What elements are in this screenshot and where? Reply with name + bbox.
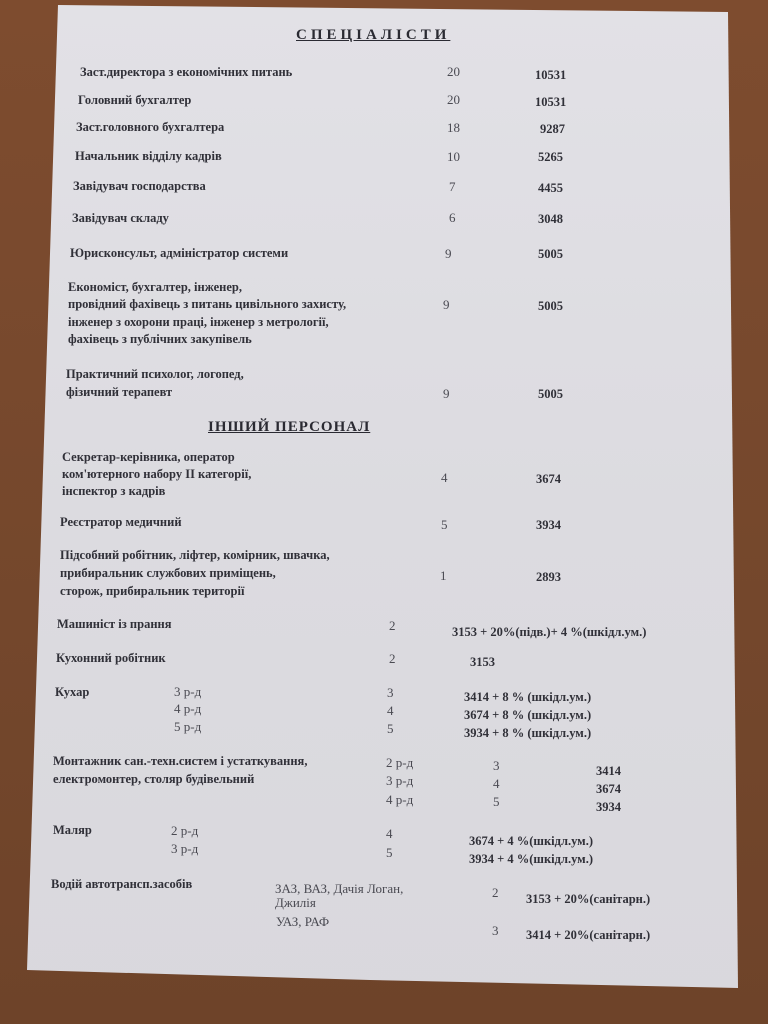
salary-value: 10531 <box>535 66 566 84</box>
position-label: Реєстратор медичний <box>60 513 182 531</box>
grade-value: 20 <box>447 63 460 81</box>
grade-value: 5 <box>386 844 393 862</box>
salary-value: 10531 <box>535 93 566 111</box>
vehicle-label: Джилія <box>275 894 316 912</box>
grade-value: 7 <box>449 178 456 196</box>
vehicle-label: УАЗ, РАФ <box>276 913 329 931</box>
position-label: Начальник відділу кадрів <box>75 147 222 165</box>
grade-value: 3 <box>493 757 500 775</box>
grade-value: 2 <box>389 650 396 668</box>
grade-value: 20 <box>447 91 460 109</box>
position-label: фізичний терапевт <box>66 383 172 401</box>
salary-value: 5265 <box>538 148 563 166</box>
salary-value: 5005 <box>538 297 563 315</box>
grade-value: 4 <box>386 825 393 843</box>
position-label: Головний бухгалтер <box>78 91 191 109</box>
salary-value: 3674 + 4 %(шкідл.ум.) <box>469 832 593 850</box>
grade-value: 18 <box>447 119 460 137</box>
rank-label: 4 р-д <box>174 700 201 718</box>
grade-value: 9 <box>443 296 450 314</box>
position-label: ком'ютерного набору ІІ категорії, <box>62 465 251 483</box>
salary-value: 3153 + 20%(санітарн.) <box>526 890 650 908</box>
document-page: СПЕЦІАЛІСТИ Заст.директора з економічних… <box>0 0 768 1024</box>
grade-value: 4 <box>387 702 394 720</box>
position-label: Практичний психолог, логопед, <box>66 365 244 383</box>
grade-value: 5 <box>387 720 394 738</box>
grade-value: 3 <box>387 684 394 702</box>
grade-value: 10 <box>447 148 460 166</box>
position-label: Заст.головного бухгалтера <box>76 118 224 136</box>
salary-value: 5005 <box>538 385 563 403</box>
salary-value: 3934 + 8 % (шкідл.ум.) <box>464 724 591 742</box>
grade-value: 2 <box>389 617 396 635</box>
position-label: Машиніст із прання <box>57 615 171 633</box>
position-label: фахівець з публічних закупівель <box>68 330 252 348</box>
salary-value: 3674 <box>536 470 561 488</box>
salary-value: 9287 <box>540 120 565 138</box>
position-label: прибиральник службових приміщень, <box>60 564 276 582</box>
position-label: Секретар-керівника, оператор <box>62 448 235 466</box>
rank-label: 5 р-д <box>174 718 201 736</box>
grade-value: 6 <box>449 209 456 227</box>
grade-value: 4 <box>441 469 448 487</box>
rank-label: 2 р-д <box>386 754 413 772</box>
grade-value: 2 <box>492 884 499 902</box>
position-label: Юрисконсульт, адміністратор системи <box>70 244 288 262</box>
rank-label: 3 р-д <box>174 683 201 701</box>
salary-value: 3674 <box>596 780 621 798</box>
salary-value: 4455 <box>538 179 563 197</box>
position-label: сторож, прибиральник території <box>60 582 244 600</box>
salary-value: 5005 <box>538 245 563 263</box>
grade-value: 5 <box>441 516 448 534</box>
position-label: Водій автотрансп.засобів <box>51 875 192 893</box>
position-label: Підсобний робітник, ліфтер, комірник, шв… <box>60 546 330 564</box>
salary-value: 3414 + 8 % (шкідл.ум.) <box>464 688 591 706</box>
rank-label: 4 р-д <box>386 791 413 809</box>
position-label: Маляр <box>53 821 92 839</box>
rank-label: 3 р-д <box>171 840 198 858</box>
section-title-specialists: СПЕЦІАЛІСТИ <box>296 27 450 44</box>
salary-value: 3414 <box>596 762 621 780</box>
grade-value: 3 <box>492 922 499 940</box>
salary-value: 3934 <box>596 798 621 816</box>
position-label: інспектор з кадрів <box>62 482 165 500</box>
position-label: Монтажник сан.-техн.систем і устаткуванн… <box>53 752 307 770</box>
position-label: Економіст, бухгалтер, інженер, <box>68 278 242 296</box>
salary-value: 3048 <box>538 210 563 228</box>
salary-value: 2893 <box>536 568 561 586</box>
position-label: Кухар <box>55 683 89 701</box>
grade-value: 9 <box>445 245 452 263</box>
rank-label: 3 р-д <box>386 772 413 790</box>
salary-value: 3414 + 20%(санітарн.) <box>526 926 650 944</box>
section-title-other-staff: ІНШИЙ ПЕРСОНАЛ <box>208 419 370 436</box>
grade-value: 4 <box>493 775 500 793</box>
grade-value: 1 <box>440 567 447 585</box>
position-label: Завідувач складу <box>72 209 169 227</box>
grade-value: 5 <box>493 793 500 811</box>
position-label: Кухонний робітник <box>56 649 166 667</box>
salary-value: 3674 + 8 % (шкідл.ум.) <box>464 706 591 724</box>
position-label: провідний фахівець з питань цивільного з… <box>68 295 346 313</box>
salary-value: 3153 <box>470 653 495 671</box>
rank-label: 2 р-д <box>171 822 198 840</box>
salary-value: 3934 + 4 %(шкідл.ум.) <box>469 850 593 868</box>
salary-value: 3153 + 20%(підв.)+ 4 %(шкідл.ум.) <box>452 623 646 641</box>
grade-value: 9 <box>443 385 450 403</box>
position-label: Заст.директора з економічних питань <box>80 63 292 81</box>
position-label: електромонтер, столяр будівельний <box>53 770 254 788</box>
position-label: інженер з охорони праці, інженер з метро… <box>68 313 329 331</box>
salary-value: 3934 <box>536 516 561 534</box>
position-label: Завідувач господарства <box>73 177 206 195</box>
